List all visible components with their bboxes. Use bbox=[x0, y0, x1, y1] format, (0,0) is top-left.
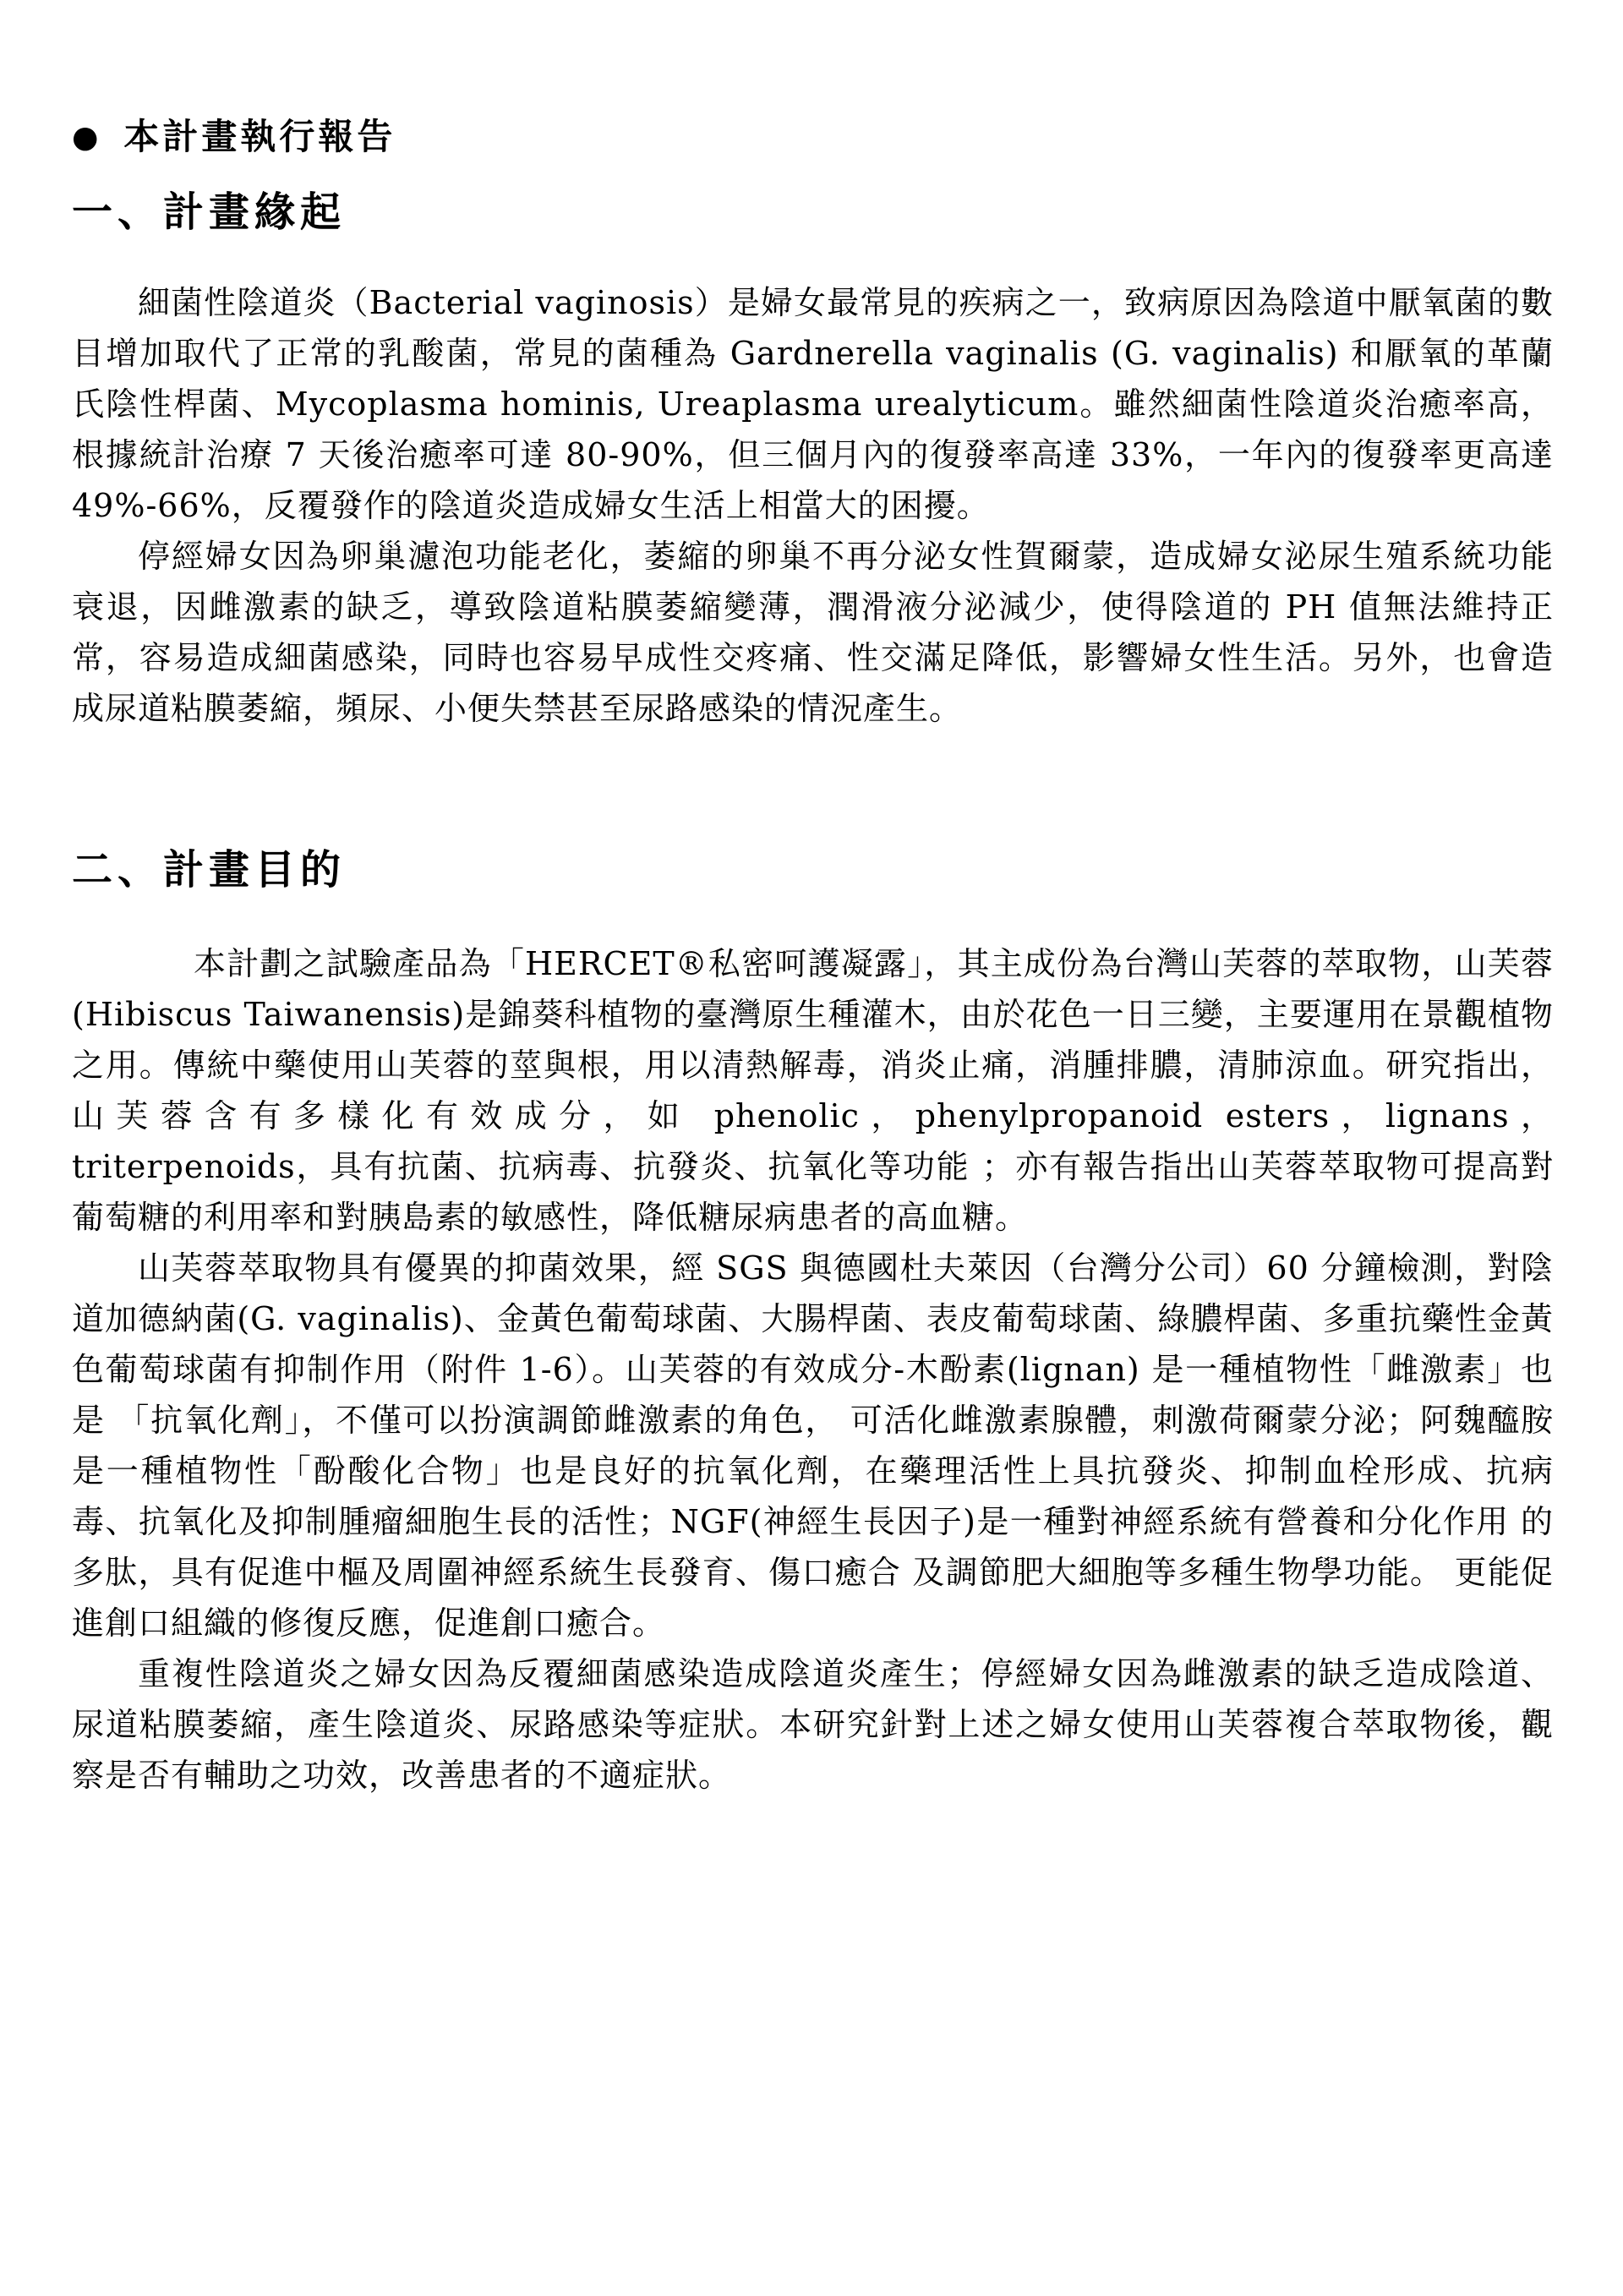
report-title: 本計畫執行報告 bbox=[123, 117, 396, 157]
paragraph-product-intro: 本計劃之試驗產品為「HERCET®私密呵護凝露」，其主成份為台灣山芙蓉的萃取物，… bbox=[72, 938, 1554, 1243]
paragraph-antibacterial-evidence: 山芙蓉萃取物具有優異的抑菌效果，經 SGS 與德國杜夫萊因（台灣分公司）60 分… bbox=[72, 1243, 1554, 1648]
document-page: ● 本計畫執行報告 一、計畫緣起 細菌性陰道炎（Bacterial vagino… bbox=[0, 0, 1623, 2296]
section-purpose-heading: 二、計畫目的 bbox=[72, 847, 1554, 893]
bullet-icon: ● bbox=[72, 117, 98, 157]
paragraph-study-goal: 重複性陰道炎之婦女因為反覆細菌感染造成陰道炎產生；停經婦女因為雌激素的缺乏造成陰… bbox=[72, 1648, 1554, 1801]
report-title-row: ● 本計畫執行報告 bbox=[72, 117, 1554, 157]
paragraph-menopause: 停經婦女因為卵巢濾泡功能老化，萎縮的卵巢不再分泌女性賀爾蒙，造成婦女泌尿生殖系統… bbox=[72, 531, 1554, 734]
paragraph-bv-background: 細菌性陰道炎（Bacterial vaginosis）是婦女最常見的疾病之一，致… bbox=[72, 277, 1554, 531]
section-origin-heading: 一、計畫緣起 bbox=[72, 189, 1554, 235]
